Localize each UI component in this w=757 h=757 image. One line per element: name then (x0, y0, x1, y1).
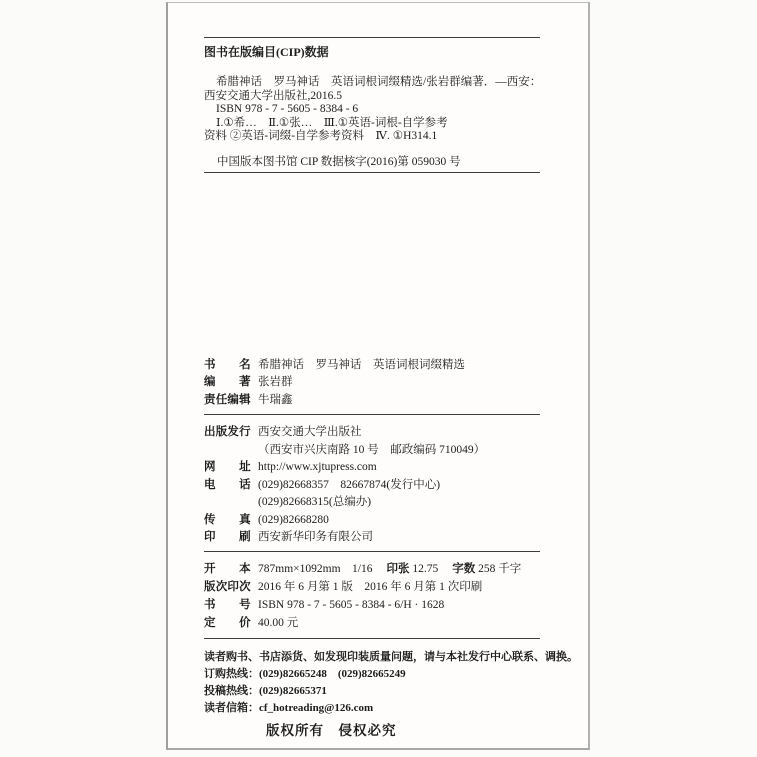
cip-heading: 图书在版编目(CIP)数据 (204, 45, 540, 60)
info-row-fax: 传 真(029)82668280 (204, 512, 540, 530)
row-label: 编 著 (204, 374, 251, 392)
info-row-price: 定 价40.00 元 (204, 614, 540, 632)
cip-line: Ⅰ.①希… Ⅱ.①张… Ⅲ.①英语-词根-自学参考 (204, 117, 540, 131)
row-label: 书 名 (204, 357, 251, 375)
cip-paragraph: 希腊神话 罗马神话 英语词根词缀精选/张岩群编著．—西安： 西安交通大学出版社,… (204, 76, 540, 144)
divider (204, 414, 540, 415)
cip-registry-line: 中国版本图书馆 CIP 数据核字(2016)第 059030 号 (204, 155, 540, 169)
row-label: 开 本 (204, 560, 251, 578)
row-value: 西安交通大学出版社 (258, 426, 362, 438)
row-label: 出版发行 (204, 424, 251, 442)
scan-background: 图书在版编目(CIP)数据 希腊神话 罗马神话 英语词根词缀精选/张岩群编著．—… (0, 0, 757, 757)
phone-secondary: (029)82668315(总编办) (204, 494, 540, 512)
cip-line: ISBN 978 - 7 - 5605 - 8384 - 6 (204, 103, 540, 117)
divider (204, 551, 540, 552)
cip-line: 资料 ②英语-词缀-自学参考资料 Ⅳ. ①H314.1 (204, 130, 540, 144)
words-value: 258 千字 (478, 563, 521, 575)
publishing-section: 出版发行西安交通大学出版社 （西安市兴庆南路 10 号 邮政编码 710049）… (204, 424, 540, 547)
info-row-website: 网 址http://www.xjtupress.com (204, 459, 540, 477)
row-value: (029)82668280 (258, 514, 329, 526)
row-label: 印 刷 (204, 529, 251, 547)
row-label: 版次印次 (204, 578, 251, 596)
row-value: 希腊神话 罗马神话 英语词根词缀精选 (258, 359, 465, 371)
cip-line: 希腊神话 罗马神话 英语词根词缀精选/张岩群编著．—西安： (204, 76, 540, 90)
row-value: 西安新华印务有限公司 (258, 531, 373, 543)
info-row-phone: 电 话(029)82668357 82667874(发行中心) (204, 477, 540, 495)
page-content: 图书在版编目(CIP)数据 希腊神话 罗马神话 英语词根词缀精选/张岩群编著．—… (168, 37, 588, 740)
info-row-isbn: 书 号ISBN 978 - 7 - 5605 - 8384 - 6/H · 16… (204, 596, 540, 614)
website-url: http://www.xjtupress.com (258, 461, 377, 473)
info-row-edition: 版次印次2016 年 6 月第 1 版 2016 年 6 月第 1 次印刷 (204, 578, 540, 596)
row-value: 2016 年 6 月第 1 版 2016 年 6 月第 1 次印刷 (258, 581, 482, 593)
cip-line: 西安交通大学出版社,2016.5 (204, 90, 540, 104)
publisher-address: （西安市兴庆南路 10 号 邮政编码 710049） (204, 442, 540, 460)
notice-line: 读者购书、书店添货、如发现印装质量问题，请与本社发行中心联系、调换。 (204, 649, 540, 666)
copyright-notice: 版权所有 侵权必究 (266, 722, 540, 740)
sheets-value: 12.75 (412, 563, 438, 575)
info-row-publisher: 出版发行西安交通大学出版社 (204, 424, 540, 442)
reader-email: 读者信箱：cf_hotreading@126.com (204, 700, 540, 717)
row-label: 网 址 (204, 459, 251, 477)
sheets-label: 印张 (386, 563, 409, 575)
row-label: 定 价 (204, 614, 251, 632)
price-value: 40.00 元 (258, 617, 298, 629)
copyright-page: 图书在版编目(CIP)数据 希腊神话 罗马神话 英语词根词缀精选/张岩群编著．—… (166, 2, 590, 750)
row-value: (029)82668357 82667874(发行中心) (258, 479, 440, 491)
info-row-format: 开 本787mm×1092mm 1/16印张 12.75字数 258 千字 (204, 560, 540, 578)
row-label: 书 号 (204, 596, 251, 614)
divider (204, 37, 540, 38)
divider (204, 172, 540, 173)
order-hotline: 订购热线：(029)82665248 (029)82665249 (204, 666, 540, 683)
divider (204, 638, 540, 639)
row-value: 牛瑞鑫 (258, 394, 293, 406)
info-row-editor: 责任编辑牛瑞鑫 (204, 392, 540, 410)
info-row-author: 编 著张岩群 (204, 374, 540, 392)
format-size: 787mm×1092mm 1/16 (258, 563, 372, 575)
info-row-title: 书 名希腊神话 罗马神话 英语词根词缀精选 (204, 357, 540, 375)
book-info-section: 书 名希腊神话 罗马神话 英语词根词缀精选 编 著张岩群 责任编辑牛瑞鑫 (204, 357, 540, 410)
isbn-value: ISBN 978 - 7 - 5605 - 8384 - 6/H · 1628 (258, 599, 444, 611)
row-label: 传 真 (204, 512, 251, 530)
submission-hotline: 投稿热线：(029)82665371 (204, 683, 540, 700)
reader-notice-section: 读者购书、书店添货、如发现印装质量问题，请与本社发行中心联系、调换。 订购热线：… (204, 649, 540, 717)
info-row-printing: 印 刷西安新华印务有限公司 (204, 529, 540, 547)
words-label: 字数 (452, 563, 475, 575)
row-value: 张岩群 (258, 376, 293, 388)
row-label: 责任编辑 (204, 392, 251, 410)
edition-section: 开 本787mm×1092mm 1/16印张 12.75字数 258 千字 版次… (204, 560, 540, 632)
row-label: 电 话 (204, 477, 251, 495)
